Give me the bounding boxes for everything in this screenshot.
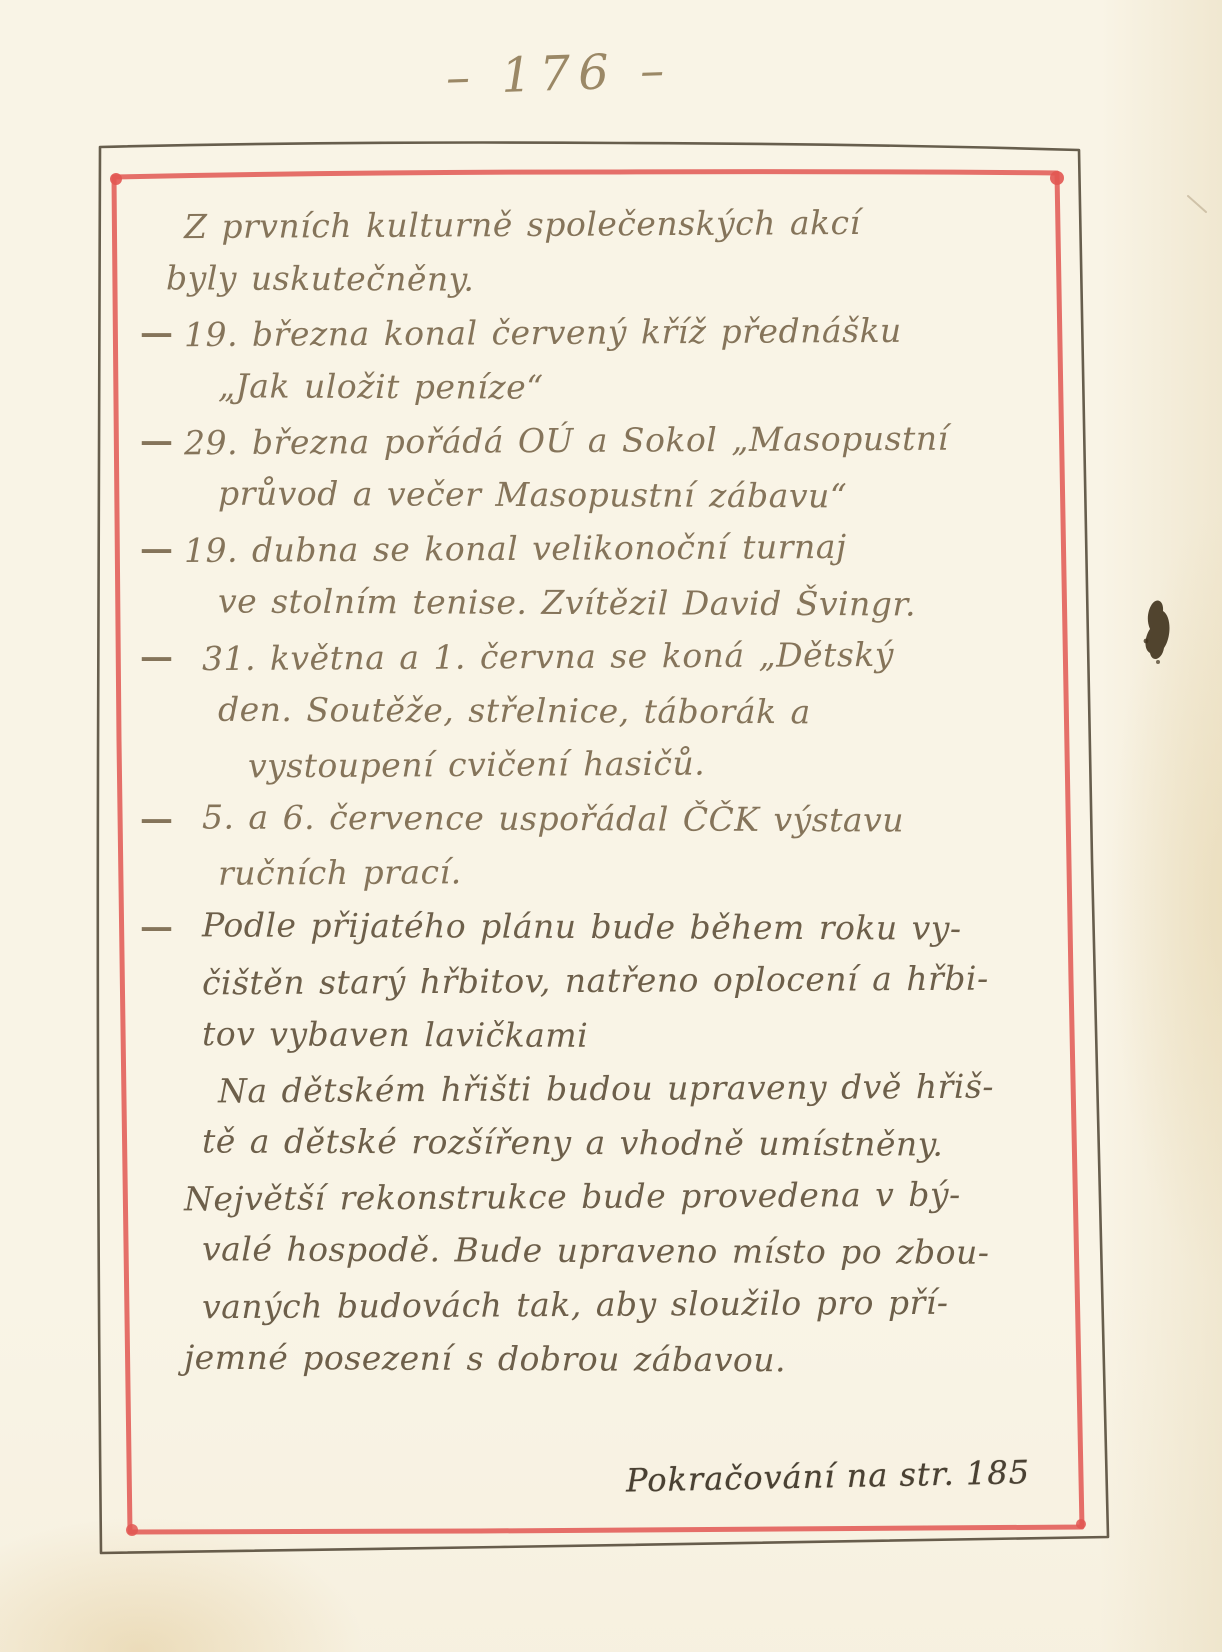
handwritten-line: Na dětském hřišti budou upraveny dvě hři… xyxy=(148,1062,1048,1116)
list-dash-icon: — xyxy=(140,306,174,360)
handwritten-line: —5. a 6. července uspořádal ČČK výstavu xyxy=(148,792,1048,846)
handwritten-line: tov vybaven lavičkami xyxy=(148,1008,1048,1062)
handwritten-line: vystoupení cvičení hasičů. xyxy=(148,738,1048,792)
ink-blot xyxy=(1145,600,1169,659)
handwritten-line: Z prvních kulturně společenských akcí xyxy=(148,198,1048,252)
handwritten-line: —29. března pořádá OÚ a Sokol „Masopustn… xyxy=(148,414,1048,468)
handwritten-line: tě a dětské rozšířeny a vhodně umístněny… xyxy=(148,1116,1048,1170)
chronicle-page: – 176 – Z prvních kulturně společenských… xyxy=(0,0,1222,1652)
handwritten-line: Největší rekonstrukce bude provedena v b… xyxy=(148,1170,1048,1224)
handwritten-line: —31. května a 1. června se koná „Dětský xyxy=(148,630,1048,684)
ink-speckle xyxy=(1156,660,1160,664)
ink-speckle xyxy=(1144,639,1149,644)
list-dash-icon: — xyxy=(140,522,174,576)
frame-corner-blob xyxy=(1076,1519,1086,1529)
handwritten-line: —Podle přijatého plánu bude během roku v… xyxy=(148,900,1048,954)
handwritten-line: byly uskutečněny. xyxy=(148,252,1048,306)
handwritten-line: vaných budovách tak, aby sloužilo pro př… xyxy=(148,1278,1048,1332)
list-dash-icon: — xyxy=(140,414,174,468)
handwritten-line: průvod a večer Masopustní zábavu“ xyxy=(148,468,1048,522)
frame-corner-blob xyxy=(126,1524,138,1536)
handwritten-line: ve stolním tenise. Zvítězil David Švingr… xyxy=(148,576,1048,630)
handwritten-line: ručních prací. xyxy=(148,846,1048,900)
handwritten-line: jemné posezení s dobrou zábavou. xyxy=(148,1332,1048,1386)
handwritten-line: čištěn starý hřbitov, natřeno oplocení a… xyxy=(148,954,1048,1008)
handwritten-line: „Jak uložit peníze“ xyxy=(148,360,1048,414)
list-dash-icon: — xyxy=(140,792,174,846)
handwritten-line: valé hospodě. Bude upraveno místo po zbo… xyxy=(148,1224,1048,1278)
handwritten-line: —19. března konal červený kříž přednášku xyxy=(148,306,1048,360)
handwritten-line: —19. dubna se konal velikonoční turnaj xyxy=(148,522,1048,576)
paper-scratch xyxy=(1188,196,1206,212)
frame-corner-blob xyxy=(110,173,122,185)
list-dash-icon: — xyxy=(140,900,174,954)
handwritten-line: den. Soutěže, střelnice, táborák a xyxy=(148,684,1048,738)
list-dash-icon: — xyxy=(140,630,174,684)
frame-corner-blob xyxy=(1050,171,1064,185)
handwritten-text-block: Z prvních kulturně společenských akcí by… xyxy=(148,198,1048,1386)
